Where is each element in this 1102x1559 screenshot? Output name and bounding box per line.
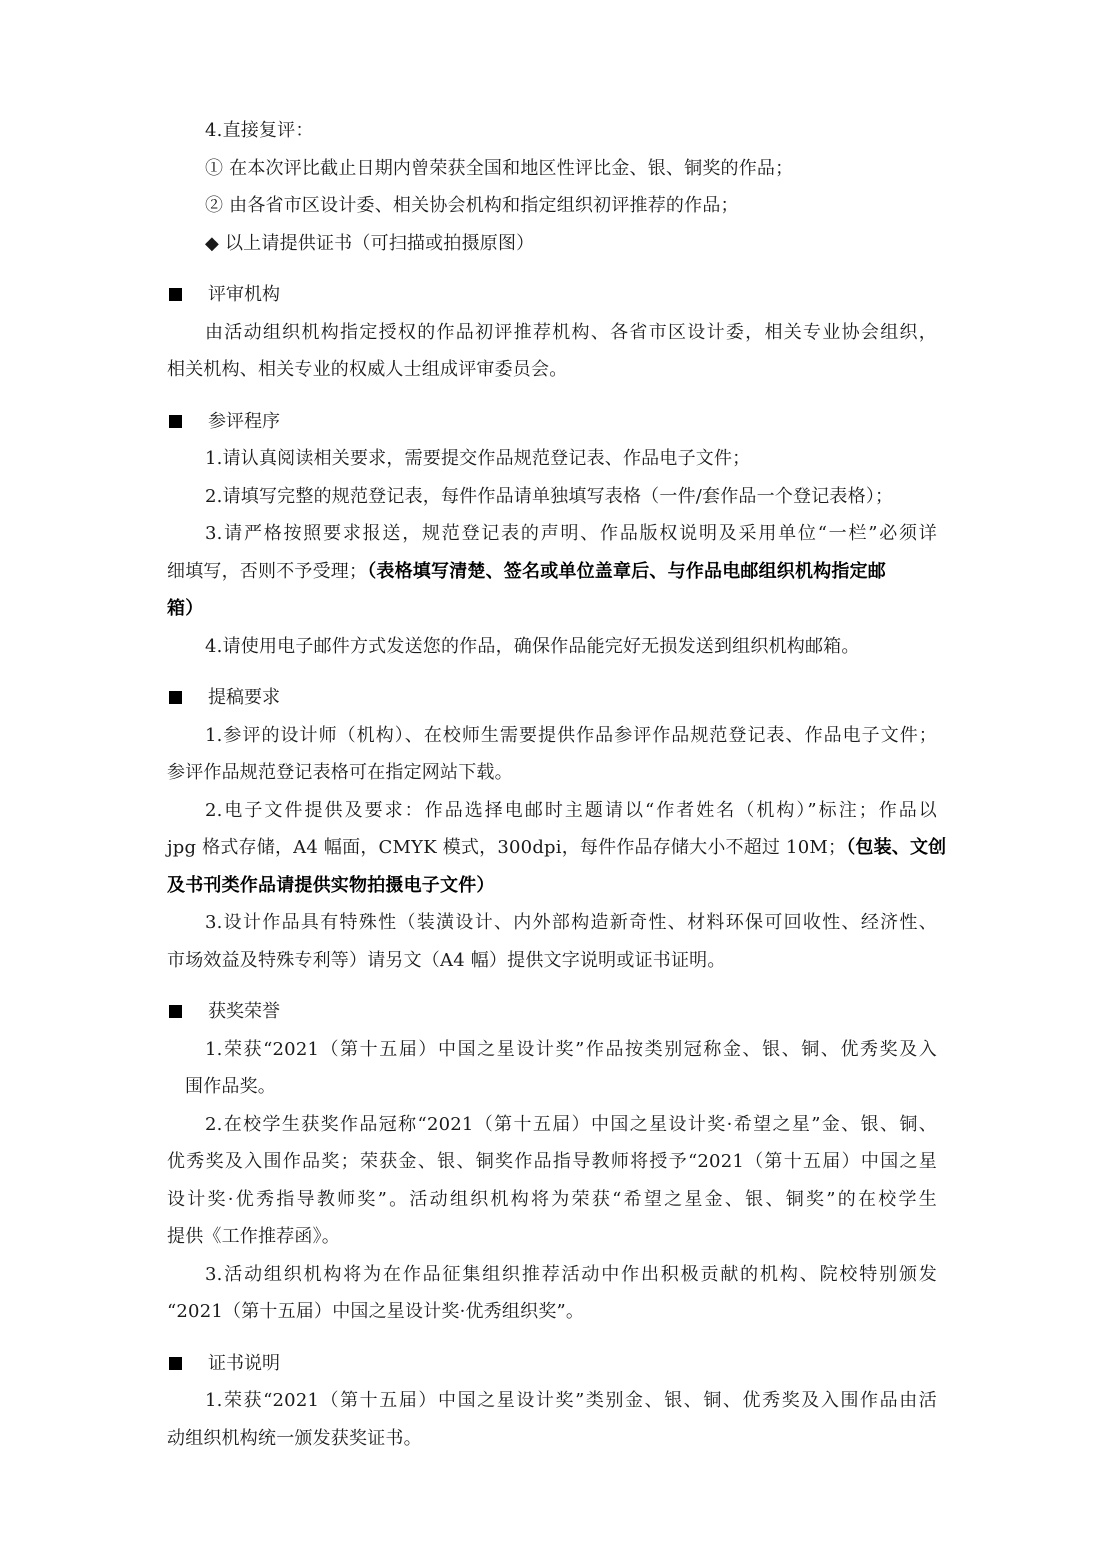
square-bullet-icon: [169, 288, 182, 301]
section-heading-review-body: 评审机构: [167, 276, 937, 314]
heading-text: 评审机构: [208, 276, 280, 314]
paragraph-line: 市场效益及特殊专利等）请另文（A4 幅）提供文字说明或证书证明。: [167, 942, 937, 980]
paragraph-line: 优秀奖及入围作品奖；荣获金、银、铜奖作品指导教师将授予“2021（第十五届）中国…: [167, 1143, 937, 1181]
paragraph-line: 1.荣获“2021（第十五届）中国之星设计奖”类别金、银、铜、优秀奖及入围作品由…: [167, 1382, 937, 1420]
direct-review-item-2: ② 由各省市区设计委、相关协会机构和指定组织初评推荐的作品；: [167, 187, 937, 225]
square-bullet-icon: [169, 415, 182, 428]
square-bullet-icon: [169, 1357, 182, 1370]
direct-review-title: 4.直接复评：: [167, 112, 937, 150]
section-heading-certificate: 证书说明: [167, 1345, 937, 1383]
paragraph-line: jpg 格式存储，A4 幅面，CMYK 模式，300dpi，每件作品存储大小不超…: [167, 829, 937, 867]
paragraph-line: 2.在校学生获奖作品冠称“2021（第十五届）中国之星设计奖·希望之星”金、银、…: [167, 1106, 937, 1144]
section-heading-procedure: 参评程序: [167, 403, 937, 441]
paragraph-line: 4.请使用电子邮件方式发送您的作品，确保作品能完好无损发送到组织机构邮箱。: [167, 628, 937, 666]
section-heading-submission: 提稿要求: [167, 679, 937, 717]
heading-text: 获奖荣誉: [208, 993, 280, 1031]
paragraph-line: 3.设计作品具有特殊性（装潢设计、内外部构造新奇性、材料环保可回收性、经济性、: [167, 904, 937, 942]
paragraph-line: 1.荣获“2021（第十五届）中国之星设计奖”作品按类别冠称金、银、铜、优秀奖及…: [167, 1031, 937, 1069]
paragraph-line: 2.请填写完整的规范登记表，每件作品请单独填写表格（一件/套作品一个登记表格）；: [167, 478, 937, 516]
paragraph-line: 动组织机构统一颁发获奖证书。: [167, 1420, 937, 1458]
paragraph-line: 2.电子文件提供及要求：作品选择电邮时主题请以“作者姓名（机构）”标注；作品以: [167, 792, 937, 830]
paragraph-line-bold: 及书刊类作品请提供实物拍摄电子文件）: [167, 867, 937, 905]
section-heading-honors: 获奖荣誉: [167, 993, 937, 1031]
paragraph-line: 由活动组织机构指定授权的作品初评推荐机构、各省市区设计委，相关专业协会组织，: [167, 314, 937, 352]
heading-text: 提稿要求: [208, 679, 280, 717]
bold-text: （表格填写清楚、签名或单位盖章后、与作品电邮组织机构指定邮: [367, 561, 886, 582]
heading-text: 参评程序: [208, 403, 280, 441]
paragraph-line: 3.请严格按照要求报送，规范登记表的声明、作品版权说明及采用单位“一栏”必须详: [167, 515, 937, 553]
normal-text: 细填写，否则不予受理；: [167, 561, 367, 582]
paragraph-line: 提供《工作推荐函》。: [167, 1218, 937, 1256]
paragraph-line: 细填写，否则不予受理；（表格填写清楚、签名或单位盖章后、与作品电邮组织机构指定邮: [167, 553, 937, 591]
direct-review-item-1: ① 在本次评比截止日期内曾荣获全国和地区性评比金、银、铜奖的作品；: [167, 150, 937, 188]
square-bullet-icon: [169, 1005, 182, 1018]
paragraph-line: 围作品奖。: [167, 1068, 937, 1106]
heading-text: 证书说明: [208, 1345, 280, 1383]
paragraph-line: 参评作品规范登记表格可在指定网站下载。: [167, 754, 937, 792]
document-page: 4.直接复评： ① 在本次评比截止日期内曾荣获全国和地区性评比金、银、铜奖的作品…: [167, 112, 937, 1457]
square-bullet-icon: [169, 691, 182, 704]
paragraph-line: “2021（第十五届）中国之星设计奖·优秀组织奖”。: [167, 1293, 937, 1331]
normal-text: jpg 格式存储，A4 幅面，CMYK 模式，300dpi，每件作品存储大小不超…: [167, 837, 846, 858]
paragraph-line: 相关机构、相关专业的权威人士组成评审委员会。: [167, 351, 937, 389]
paragraph-line-bold: 箱）: [167, 590, 937, 628]
paragraph-line: 3.活动组织机构将为在作品征集组织推荐活动中作出积极贡献的机构、院校特别颁发: [167, 1256, 937, 1294]
paragraph-line: 设计奖·优秀指导教师奖”。活动组织机构将为荣获“希望之星金、银、铜奖”的在校学生: [167, 1181, 937, 1219]
paragraph-line: 1.参评的设计师（机构）、在校师生需要提供作品参评作品规范登记表、作品电子文件；: [167, 717, 937, 755]
direct-review-note: ◆ 以上请提供证书（可扫描或拍摄原图）: [167, 225, 937, 263]
paragraph-line: 1.请认真阅读相关要求，需要提交作品规范登记表、作品电子文件；: [167, 440, 937, 478]
bold-text: （包装、文创: [846, 837, 946, 858]
